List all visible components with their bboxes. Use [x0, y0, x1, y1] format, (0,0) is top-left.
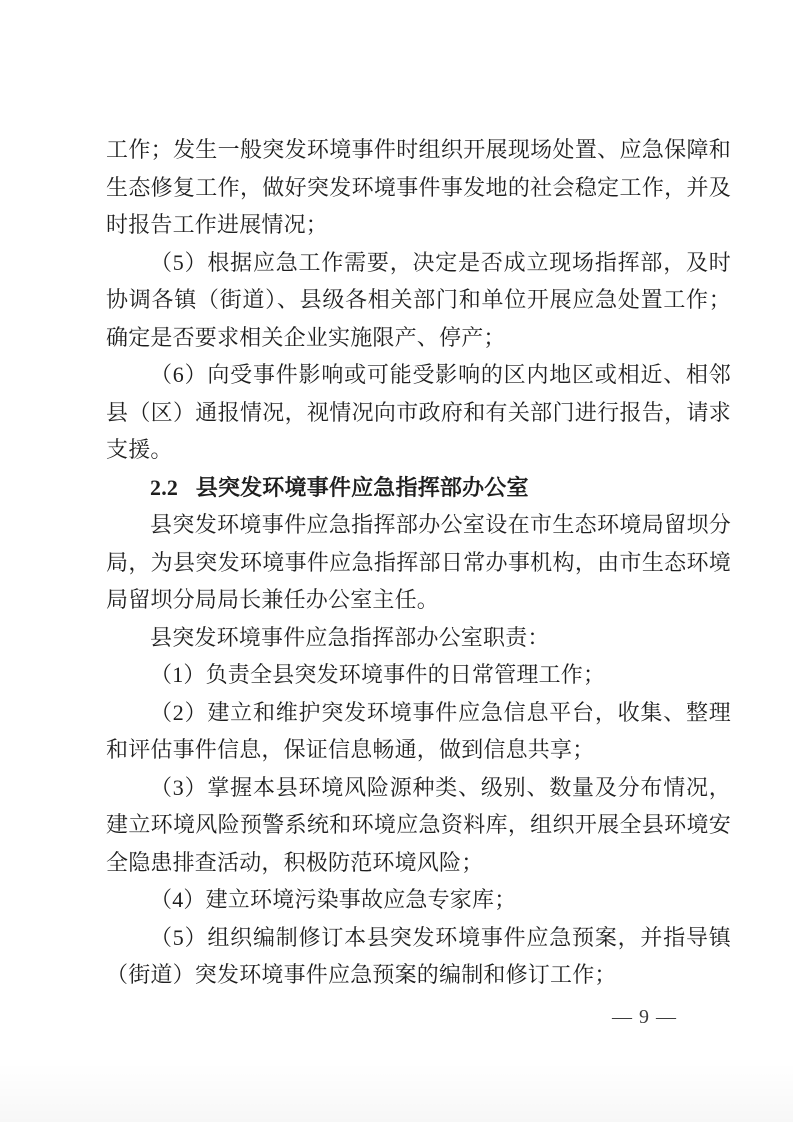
para-duty-2: （2）建立和维护突发环境事件应急信息平台，收集、整理和评估事件信息，保证信息畅通… [106, 694, 731, 769]
para-duty-5: （5）组织编制修订本县突发环境事件应急预案，并指导镇（街道）突发环境事件应急预案… [106, 919, 731, 994]
para-duty-4: （4）建立环境污染事故应急专家库； [106, 881, 731, 919]
para-duty-3: （3）掌握本县环境风险源种类、级别、数量及分布情况，建立环境风险预警系统和环境应… [106, 769, 731, 882]
document-body: 工作；发生一般突发环境事件时组织开展现场处置、应急保障和生态修复工作，做好突发环… [106, 131, 731, 994]
section-heading-title: 县突发环境事件应急指挥部办公室 [196, 475, 529, 500]
scan-shade-artifact [0, 1062, 793, 1122]
paragraph-continuation: 工作；发生一般突发环境事件时组织开展现场处置、应急保障和生态修复工作，做好突发环… [106, 131, 731, 244]
para-duties-lead: 县突发环境事件应急指挥部办公室职责： [106, 619, 731, 657]
page-number: — 9 — [612, 1004, 677, 1030]
para-duty-1: （1）负责全县突发环境事件的日常管理工作； [106, 656, 731, 694]
section-heading: 2.2县突发环境事件应急指挥部办公室 [106, 469, 731, 507]
para-office-intro: 县突发环境事件应急指挥部办公室设在市生态环境局留坝分局，为县突发环境事件应急指挥… [106, 506, 731, 619]
section-heading-number: 2.2 [150, 475, 178, 500]
para-item-5: （5）根据应急工作需要，决定是否成立现场指挥部，及时协调各镇（街道）、县级各相关… [106, 244, 731, 357]
document-page: 工作；发生一般突发环境事件时组织开展现场处置、应急保障和生态修复工作，做好突发环… [0, 0, 793, 1122]
para-item-6: （6）向受事件影响或可能受影响的区内地区或相近、相邻县（区）通报情况，视情况向市… [106, 356, 731, 469]
